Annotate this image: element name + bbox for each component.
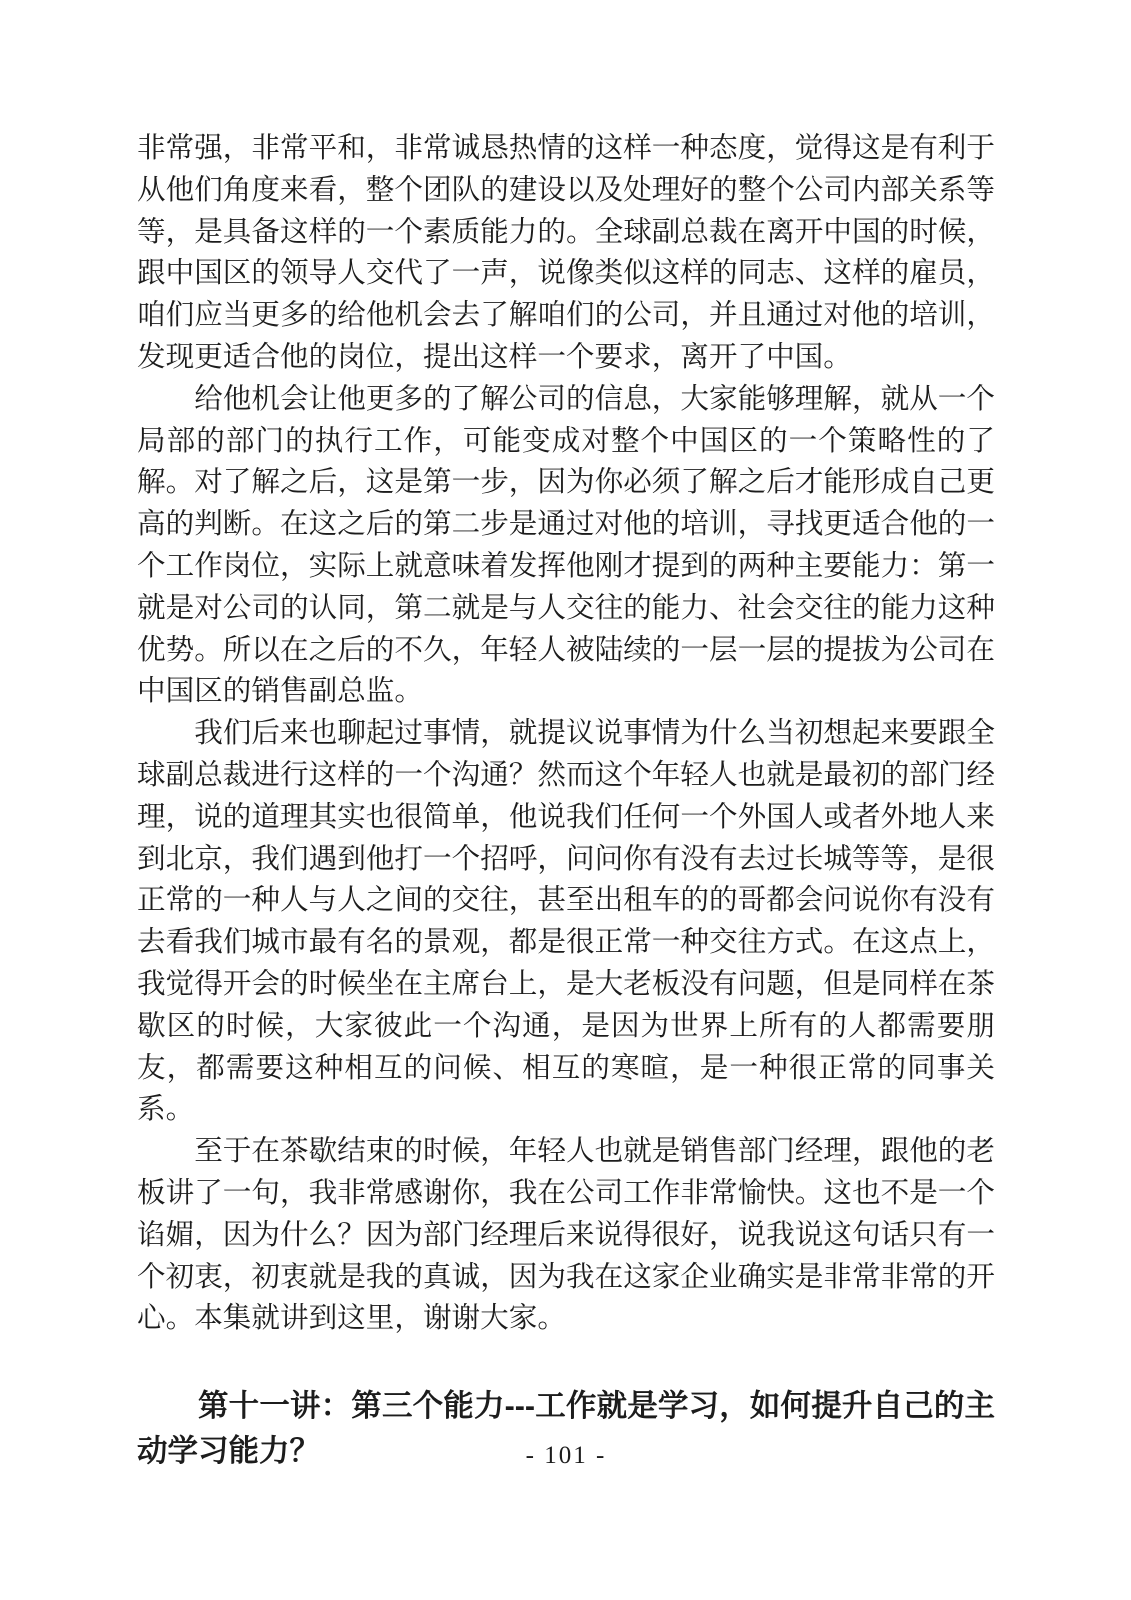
page-body: 非常强，非常平和，非常诚恳热情的这样一种态度，觉得这是有利于从他们角度来看，整个… xyxy=(137,128,995,1474)
body-paragraph-3: 我们后来也聊起过事情，就提议说事情为什么当初想起来要跟全球副总裁进行这样的一个沟… xyxy=(137,713,995,1131)
body-paragraph-2: 给他机会让他更多的了解公司的信息，大家能够理解，就从一个局部的部门的执行工作，可… xyxy=(137,379,995,713)
body-paragraph-4: 至于在茶歇结束的时候，年轻人也就是销售部门经理，跟他的老板讲了一句，我非常感谢你… xyxy=(137,1131,995,1340)
document-page: 非常强，非常平和，非常诚恳热情的这样一种态度，觉得这是有利于从他们角度来看，整个… xyxy=(0,0,1131,1600)
body-paragraph-1: 非常强，非常平和，非常诚恳热情的这样一种态度，觉得这是有利于从他们角度来看，整个… xyxy=(137,128,995,379)
page-number-label: - 101 - xyxy=(137,1440,995,1472)
